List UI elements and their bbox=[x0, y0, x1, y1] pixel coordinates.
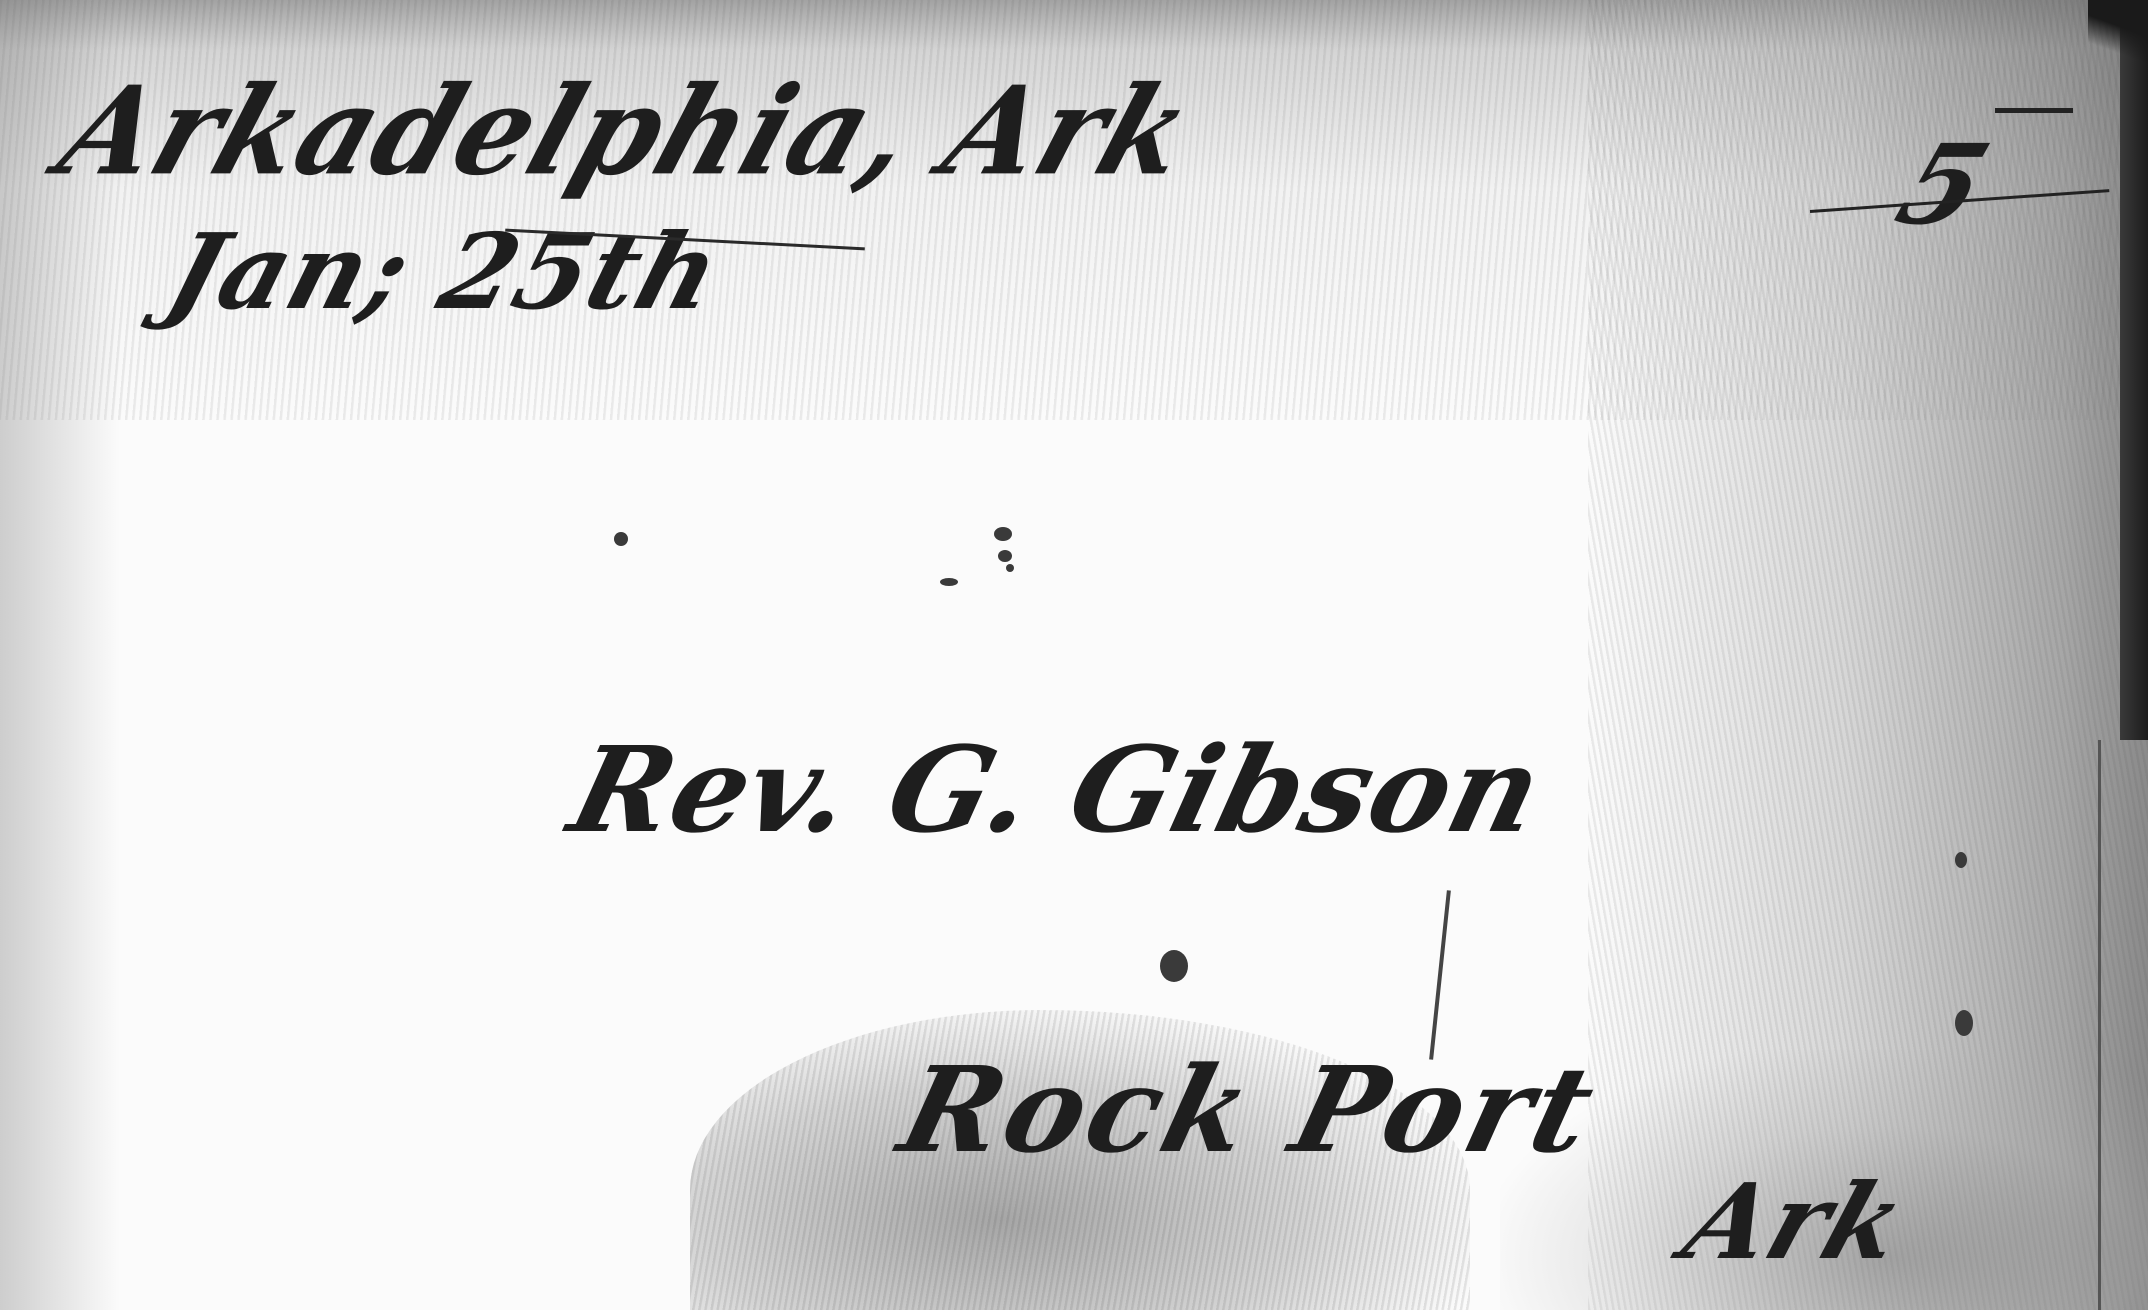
ink-spot bbox=[1006, 564, 1014, 572]
postage-overbar bbox=[1995, 108, 2073, 113]
scanner-shadow-corner bbox=[2088, 0, 2148, 70]
ink-spot bbox=[614, 532, 628, 546]
envelope-right-border bbox=[2098, 740, 2101, 1310]
recipient-name: Rev. G. Gibson bbox=[558, 720, 1556, 859]
scanner-shadow-edge bbox=[2120, 0, 2148, 740]
return-address-city: Arkadelphia, Ark bbox=[44, 60, 1209, 203]
return-address-date: Jan; 25th bbox=[155, 210, 734, 333]
ink-spot bbox=[1955, 852, 1967, 868]
ink-spot bbox=[994, 527, 1012, 541]
recipient-city: Rock Port bbox=[888, 1040, 1611, 1179]
ink-spot bbox=[1160, 950, 1188, 982]
ink-spot bbox=[998, 550, 1012, 562]
envelope-scan: Arkadelphia, Ark Jan; 25th 5 Rev. G. Gib… bbox=[0, 0, 2148, 1310]
recipient-state: Ark bbox=[1670, 1160, 1921, 1283]
ink-drip bbox=[1429, 890, 1451, 1059]
ink-spot bbox=[940, 578, 958, 586]
ink-spot bbox=[1955, 1010, 1973, 1036]
